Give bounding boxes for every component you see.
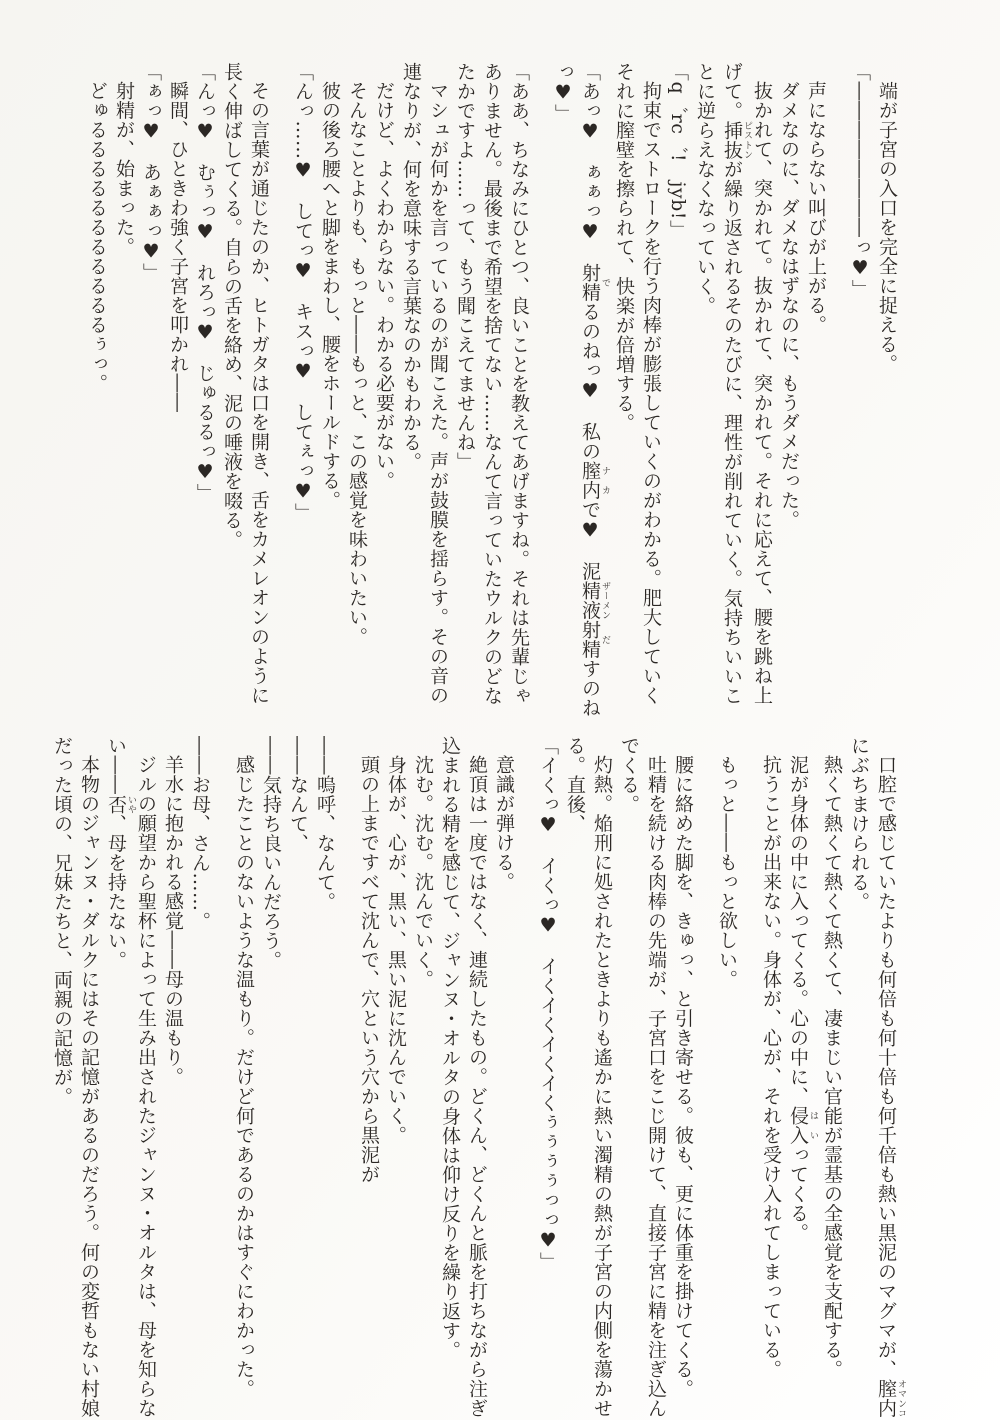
paragraph: 射精が、始まった。 — [110, 62, 137, 724]
paragraph: 泥が身体の中に入ってくる。心の中に、侵入はいってくる。 — [784, 736, 818, 1420]
paragraph: 吐精を続ける肉棒の先端が、子宮口をこじ開けて、直接子宮に精を注ぎ込んでくる。 — [615, 736, 669, 1420]
paragraph: ――気持ち良いんだろう。 — [257, 736, 284, 1420]
paragraph: 口腔で感じていたよりも何倍も何十倍も何千倍も熱い黒泥のマグマが、膣内オマンコにぶ… — [845, 736, 906, 1420]
paragraph: 「ぁっ♥ あぁぁっ♥」 — [137, 62, 164, 724]
paragraph: 拘束でストロークを行う肉棒が膨張していくのがわかる。肥大していくそれに膣壁を擦ら… — [610, 62, 664, 724]
paragraph: 腰に絡めた脚を、きゅっ、と引き寄せる。彼も、更に体重を掛けてくる。 — [669, 736, 696, 1420]
paragraph: 頭の上まですべて沈んで、穴という穴から黒泥が — [355, 736, 382, 1420]
paragraph: ダメなのに、ダメなはずなのに、もうダメだった。 — [775, 62, 802, 724]
paragraph: 「んっ……♥ してっ♥ キスっ♥ してぇっ♥」 — [289, 62, 316, 724]
paragraph: マシュが何かを言っているのが聞こえた。声が鼓膜を揺らす。その音の連なりが、何を意… — [397, 62, 451, 724]
paragraph: 「あっ♥ ぁぁっ♥ 射精でるのねっ♥ 私の膣内ナカで♥ 泥精液ザーメン射精だすの… — [549, 62, 610, 724]
paragraph: だけど、よくわからない。わかる必要がない。 — [370, 62, 397, 724]
paragraph: 抗うことが出来ない。身体が、心が、それを受け入れてしまっている。 — [757, 736, 784, 1420]
paragraph: 「イくっ♥ イくっ♥ イくイくイくイくぅぅぅぅっっ♥」 — [534, 736, 561, 1420]
paragraph: ジルの願望から聖杯によって生み出されたジャンヌ・オルタは、母を知らない――否いや… — [102, 736, 159, 1420]
top-text-block: 端が子宮の入口を完全に捉える。「――――――――っ♥」声にならない叫びが上がる。… — [83, 62, 900, 724]
paragraph: 感じたことのないような温もり。だけど何であるのかはすぐにわかった。 — [230, 736, 257, 1420]
paragraph: 彼の後ろ腰へと脚をまわし、腰をホールドする。 — [316, 62, 343, 724]
paragraph: もっと――もっと欲しい。 — [713, 736, 740, 1420]
bottom-text-block: 口腔で感じていたよりも何倍も何十倍も何千倍も熱い黒泥のマグマが、膣内オマンコにぶ… — [48, 736, 906, 1420]
paragraph: ――嗚呼、なんて。 — [311, 736, 338, 1420]
paragraph: 瞬間、ひときわ強く子宮を叩かれ―― — [164, 62, 191, 724]
paragraph: 抜かれて、突かれて。抜かれて、突かれて。それに応えて、腰を跳ね上げて。挿抜ピスト… — [691, 62, 775, 724]
paragraph: どゅるるるるるるるるるるるぅっ。 — [83, 62, 110, 724]
paragraph: そんなことよりも、もっと――もっと、この感覚を味わいたい。 — [343, 62, 370, 724]
paragraph: 意識が弾ける。 — [490, 736, 517, 1420]
paragraph: 「――――――――っ♥」 — [846, 62, 873, 724]
paragraph: 灼熱。焔刑に処されたときよりも遙かに熱い濁精の熱が子宮の内側を蕩かせる。直後、 — [561, 736, 615, 1420]
paragraph: 端が子宮の入口を完全に捉える。 — [873, 62, 900, 724]
paragraph: 絶頂は一度ではなく、連続したもの。どくん、どくんと脈を打ちながら注ぎ込まれる精を… — [436, 736, 490, 1420]
paragraph: 羊水に抱かれる感覚――母の温もり。 — [159, 736, 186, 1420]
paragraph: 沈む。沈む。沈んでいく。 — [409, 736, 436, 1420]
paragraph: 本物のジャンヌ・ダルクにはその記憶があるのだろう。何の変哲もない村娘だった頃の、… — [48, 736, 102, 1420]
paragraph: 声にならない叫びが上がる。 — [802, 62, 829, 724]
paragraph: 熱くて熱くて熱くて熱くて、凄まじい官能が霊基の全感覚を支配する。 — [818, 736, 845, 1420]
paragraph: ――なんて、 — [284, 736, 311, 1420]
novel-page: 端が子宮の入口を完全に捉える。「――――――――っ♥」声にならない叫びが上がる。… — [0, 0, 1000, 1420]
paragraph: その言葉が通じたのか、ヒトガタは口を開き、舌をカメレオンのように長く伸ばしてくる… — [218, 62, 272, 724]
paragraph: 「q゛rc゛! jyb!」 — [664, 62, 691, 724]
paragraph: 「んっ♥ むぅっ♥ れろっ♥ じゅるるっ♥」 — [191, 62, 218, 724]
paragraph: 「ああ、ちなみにひとつ、良いことを教えてあげますね。それは先輩じゃありません。最… — [451, 62, 532, 724]
paragraph: ――お母、さん……。 — [186, 736, 213, 1420]
paragraph: 身体が、心が、黒い、黒い泥に沈んでいく。 — [382, 736, 409, 1420]
